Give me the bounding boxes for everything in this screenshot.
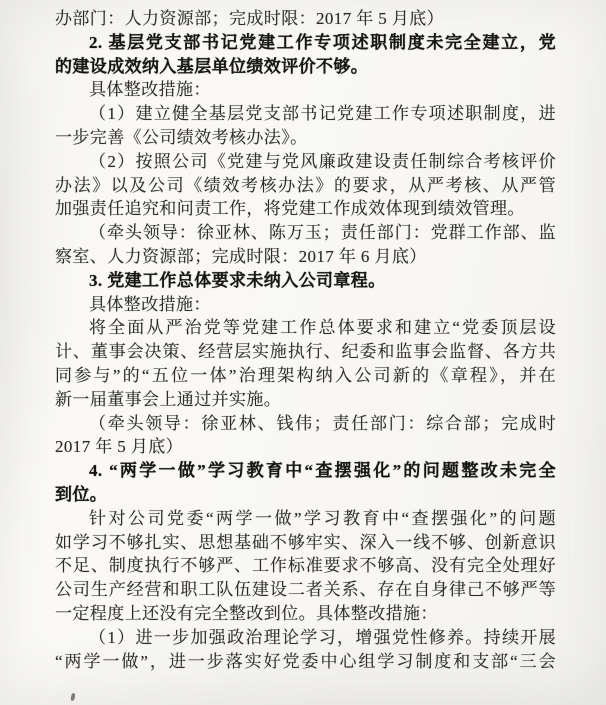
text-line: 一定程度上还没有完全整改到位。具体整改措施： [55,602,556,626]
text-line: 察室、人力资源部；完成时限：2017 年 6 月底） [55,245,556,269]
text-line: 办法》以及公司《绩效考核办法》的要求，从严考核、从严管理， [55,174,556,198]
heading-line: 2. 基层党支部书记党建工作专项述职制度未完全建立，党 [55,31,556,55]
ink-speck-artifact [70,693,76,702]
text-line: （1）进一步加强政治理论学习，增强党性修养。持续开展 [55,626,556,650]
text-line: 一步完善《公司绩效考核办法》。 [55,126,556,150]
text-line: 办部门：人力资源部；完成时限：2017 年 5 月底） [55,7,556,31]
text-line: 计、董事会决策、经营层实施执行、纪委和监事会监督、各方共 [55,340,556,364]
text-line: 新一届董事会上通过并实施。 [55,388,556,412]
text-line: 不足、制度执行不够严、工作标准要求不够高、没有完全处理好 [55,554,556,578]
text-line: “两学一做”，进一步落实好党委中心组学习制度和支部“三会 [55,650,556,674]
text-line: （2）按照公司《党建与党风廉政建设责任制综合考核评价 [55,150,556,174]
text-line: 将全面从严治党等党建工作总体要求和建立“党委顶层设 [55,316,556,340]
document-page: 办部门：人力资源部；完成时限：2017 年 5 月底）2. 基层党支部书记党建工… [0,0,606,705]
heading-line: 到位。 [55,483,556,507]
text-line: 具体整改措施： [55,293,556,317]
text-line: 同参与”的“五位一体”治理架构纳入公司新的《章程》，并在 [55,364,556,388]
text-line: 针对公司党委“两学一做”学习教育中“查摆强化”的问题 [55,507,556,531]
text-line: 公司生产经营和职工队伍建设二者关系、存在自身律己不够严等 [55,578,556,602]
heading-line: 3. 党建工作总体要求未纳入公司章程。 [55,269,556,293]
text-line: 具体整改措施： [55,78,556,102]
heading-line: 4. “两学一做”学习教育中“查摆强化”的问题整改未完全 [55,459,556,483]
text-line: 如学习不够扎实、思想基础不够牢实、深入一线不够、创新意识 [55,531,556,555]
text-line: 2017 年 5 月底） [55,435,556,459]
text-line: （1）建立健全基层党支部书记党建工作专项述职制度，进 [55,102,556,126]
heading-line: 的建设成效纳入基层单位绩效评价不够。 [55,55,556,79]
text-line: （牵头领导：徐亚林、钱伟；责任部门：综合部；完成时限： [55,412,556,436]
text-line: 加强责任追究和问责工作，将党建工作成效体现到绩效管理。 [55,197,556,221]
document-text-block: 办部门：人力资源部；完成时限：2017 年 5 月底）2. 基层党支部书记党建工… [55,7,556,673]
text-line: （牵头领导：徐亚林、陈万玉；责任部门：党群工作部、监 [55,221,556,245]
